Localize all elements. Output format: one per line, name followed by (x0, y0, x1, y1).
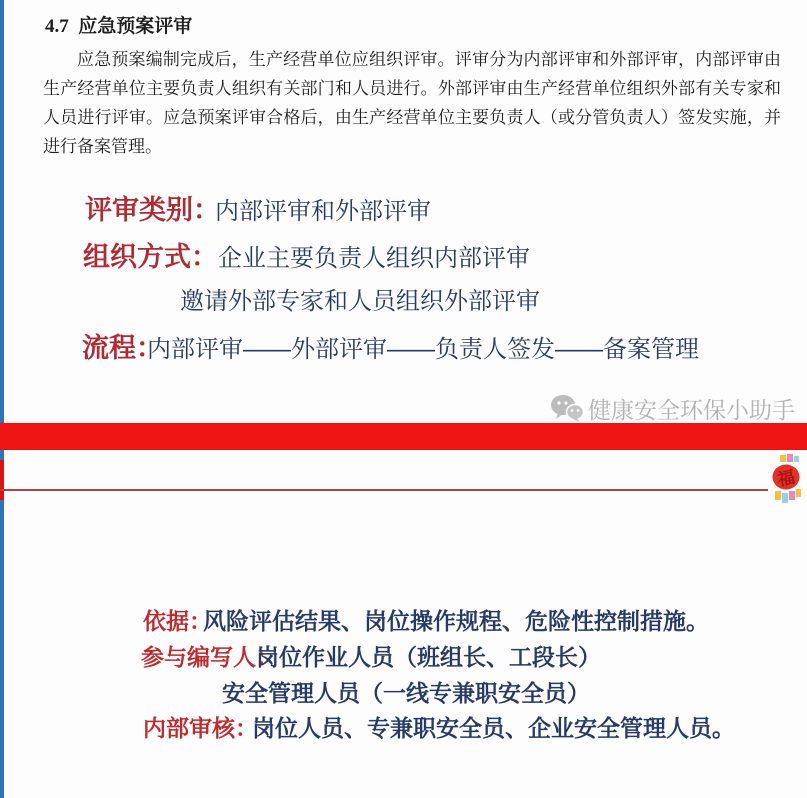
writers-value-2: 安全管理人员（一线专兼职安全员） (222, 682, 590, 705)
organize-mode-value: 企业主要负责人组织内部评审 (218, 247, 530, 271)
section-heading: 4.7 应急预案评审 (45, 11, 192, 38)
organize-mode-label: 组织方式： (83, 244, 218, 271)
fu-lantern-icon: 福 (766, 453, 806, 514)
internal-audit-label: 内部审核： (143, 717, 258, 740)
review-type-label: 评审类别： (85, 197, 220, 224)
left-red-tick (0, 460, 4, 500)
watermark-text: 健康安全环保小助手 (588, 399, 795, 422)
intro-paragraph: 应急预案编制完成后，生产经营单位应组织评审。评审分为内部评审和外部评审，内部评审… (43, 45, 781, 161)
organize-mode-value-2: 邀请外部专家和人员组织外部评审 (180, 290, 540, 314)
internal-audit-value: 岗位人员、专兼职安全员、企业安全管理人员。 (252, 717, 735, 740)
basis-label: 依据： (143, 610, 212, 633)
basis-value: 风险评估结果、岗位操作规程、危险性控制措施。 (203, 610, 709, 633)
process-value: 内部评审——外部评审——负责人签发——备案管理 (147, 338, 699, 362)
left-scan-border (0, 0, 4, 798)
red-divider-band (0, 423, 807, 450)
slide-rule-line (0, 489, 768, 491)
review-type-value: 内部评审和外部评审 (215, 200, 431, 224)
document-page: 4.7 应急预案评审 应急预案编制完成后，生产经营单位应组织评审。评审分为内部评… (0, 0, 807, 798)
writers-value: 岗位作业人员（班组长、工段长） (256, 646, 601, 669)
